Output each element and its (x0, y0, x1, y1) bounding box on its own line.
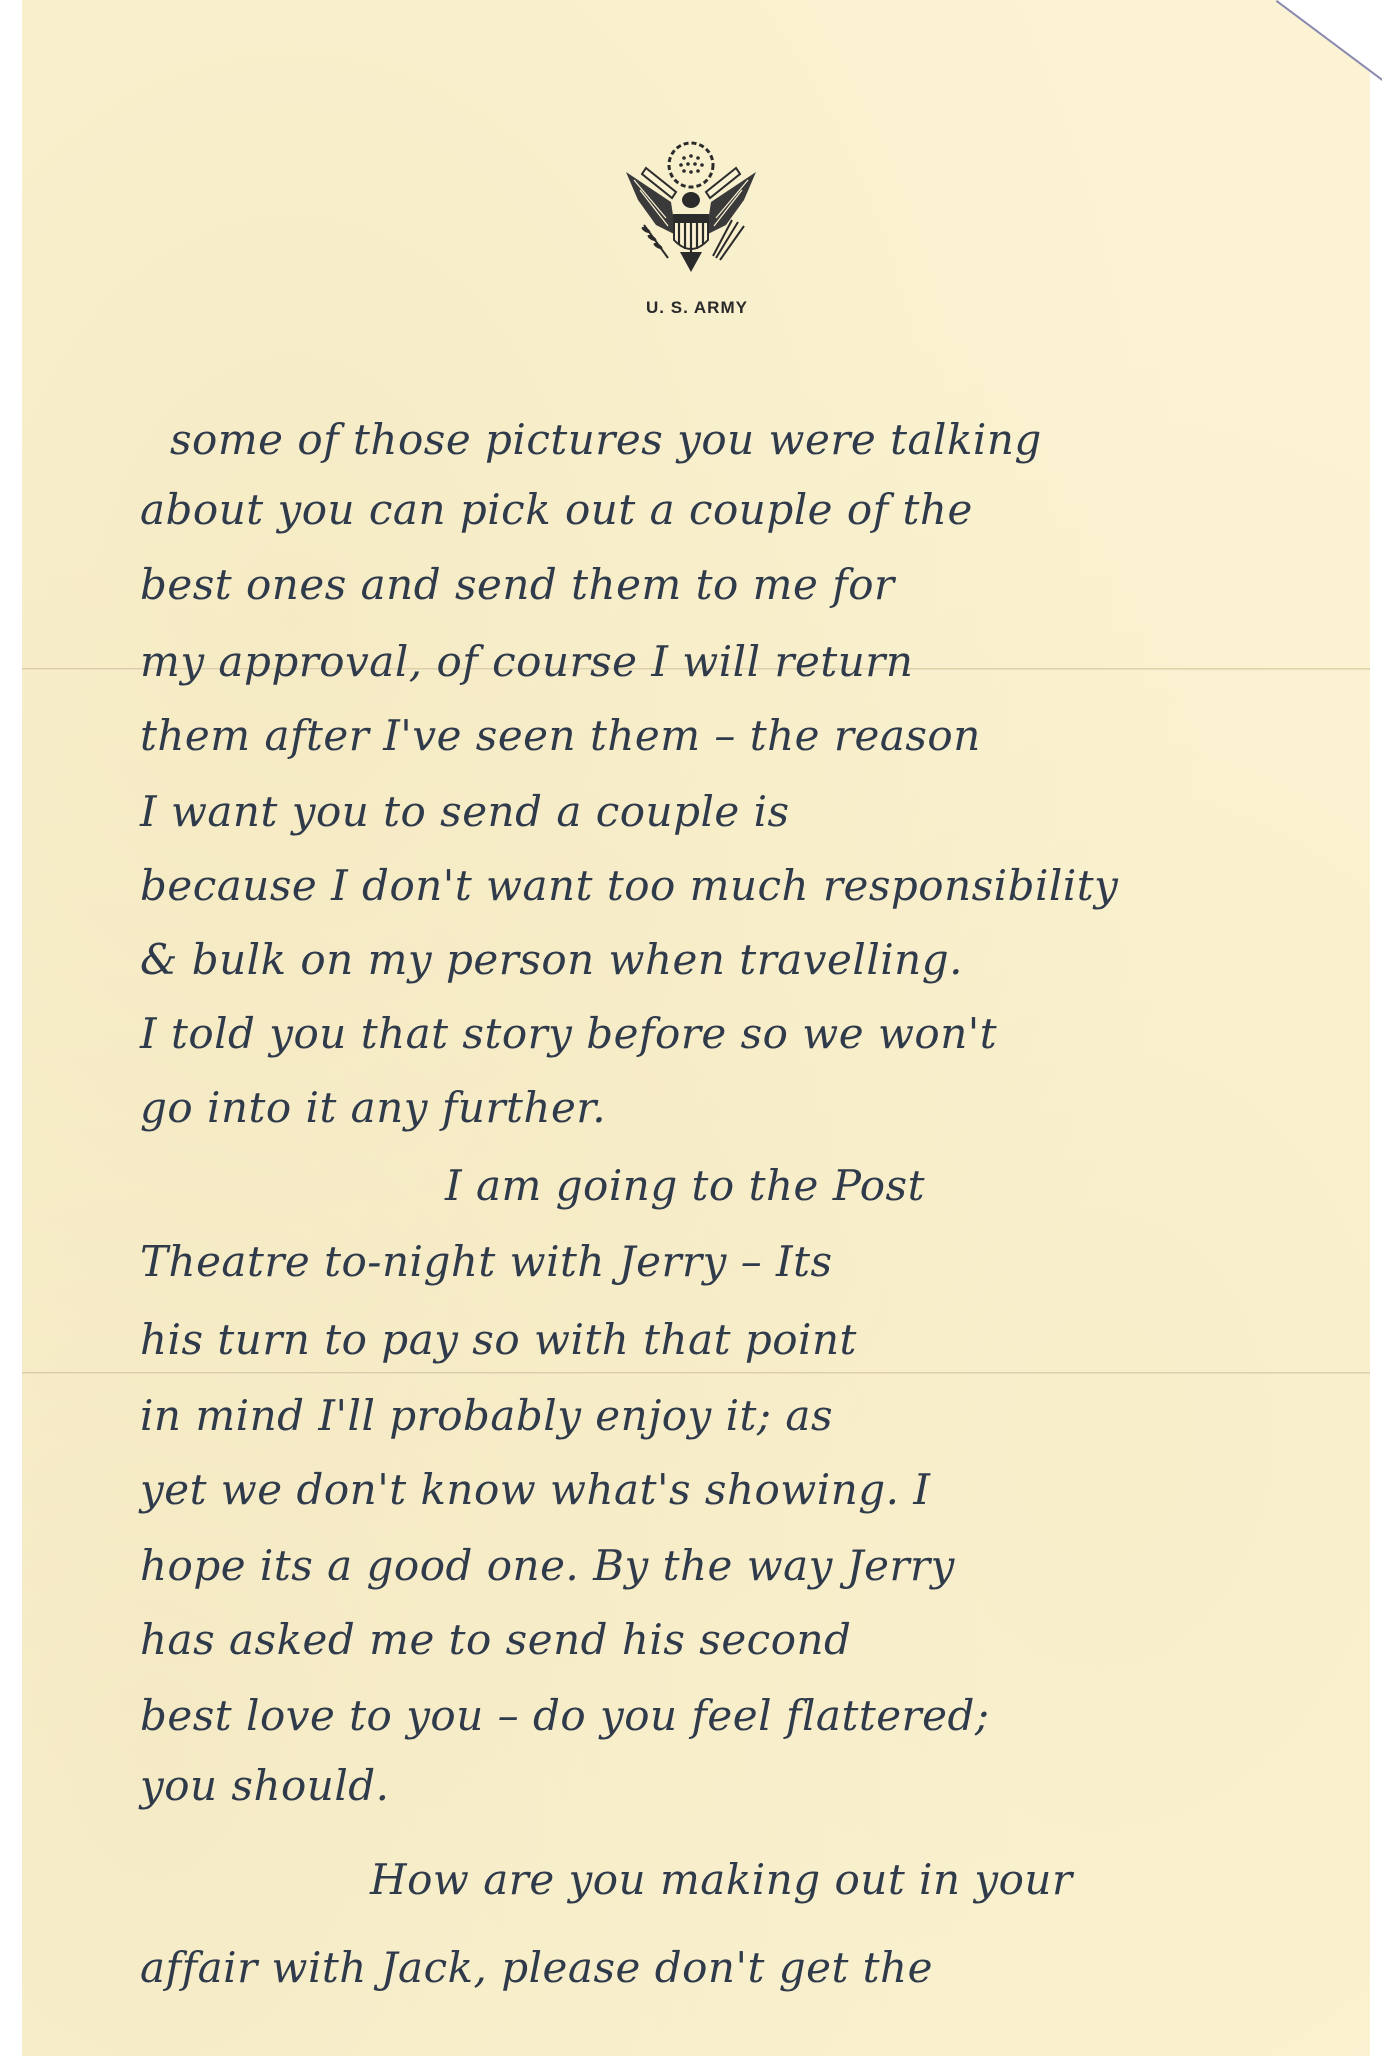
letter-line: about you can pick out a couple of the (140, 470, 973, 550)
letter-line: yet we don't know what's showing. I (140, 1450, 930, 1530)
letter-line: & bulk on my person when travelling. (140, 920, 963, 1000)
letter-line: my approval, of course I will return (140, 622, 913, 702)
letter-line: hope its a good one. By the way Jerry (140, 1526, 955, 1606)
letterhead: U. S. ARMY (0, 140, 1382, 318)
letter-line: because I don't want too much responsibi… (140, 846, 1118, 926)
letter-line: his turn to pay so with that point (140, 1300, 857, 1380)
letter-line: I told you that story before so we won't (140, 994, 997, 1074)
letter-line: has asked me to send his second (140, 1600, 851, 1680)
letter-line: some of those pictures you were talking (170, 400, 1042, 480)
letterhead-label: U. S. ARMY (12, 298, 1382, 318)
letter-line: How are you making out in your (370, 1840, 1073, 1920)
letter-line: Theatre to-night with Jerry – Its (140, 1222, 833, 1302)
letter-line: best ones and send them to me for (140, 545, 895, 625)
letter-line: best love to you – do you feel flattered… (140, 1676, 990, 1756)
letter-line: them after I've seen them – the reason (140, 696, 981, 776)
letter-line: go into it any further. (140, 1068, 606, 1148)
letter-line: you should. (140, 1746, 390, 1826)
letter-line: in mind I'll probably enjoy it; as (140, 1376, 833, 1456)
letter-line: I want you to send a couple is (140, 772, 790, 852)
eagle-seal-icon (616, 140, 766, 280)
letter-line: I am going to the Post (445, 1146, 925, 1226)
letter-line: affair with Jack, please don't get the (140, 1928, 933, 2008)
